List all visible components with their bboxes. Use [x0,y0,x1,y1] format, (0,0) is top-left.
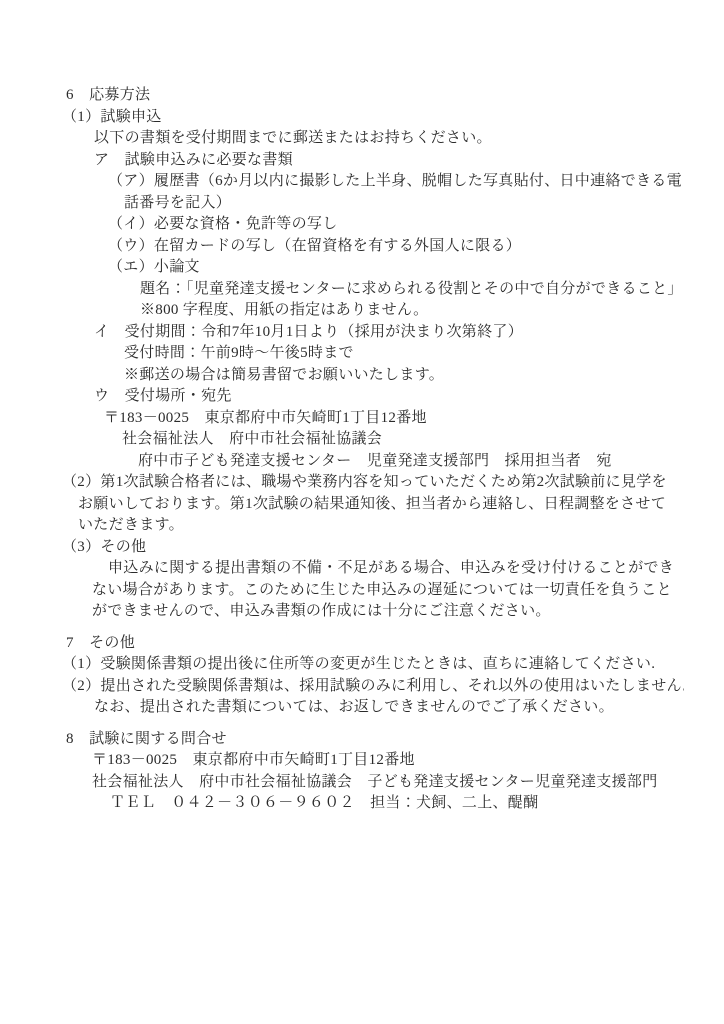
text-line: 〒183－0025 東京都府中市矢崎町1丁目12番地 [62,408,684,430]
text-line: （ア）履歴書（6か月以内に撮影した上半身、脱帽した写真貼付、日中連絡できる電 [62,171,684,193]
text-line: （エ）小論文 [62,257,684,279]
text-line: ＴＥＬ ０４２－３０６－９６０２ 担当：犬飼、二上、醍醐 [62,793,684,815]
text-line: （1）試験申込 [62,107,684,129]
text-line: 社会福祉法人 府中市社会福祉協議会 子ども発達支援センター児童発達支援部門 [62,772,684,794]
section-8: 8 試験に関する問合せ〒183－0025 東京都府中市矢崎町1丁目12番地社会福… [62,729,684,815]
text-line: ア 試験申込みに必要な書類 [62,150,684,172]
text-line: 社会福祉法人 府中市社会福祉協議会 [62,429,684,451]
text-line: （ウ）在留カードの写し（在留資格を有する外国人に限る） [62,236,684,258]
text-line: ※郵送の場合は簡易書留でお願いいたします。 [62,365,684,387]
text-line: ※800 字程度、用紙の指定はありません。 [62,300,684,322]
text-line: 7 その他 [62,633,684,655]
section-7: 7 その他（1）受験関係書類の提出後に住所等の変更が生じたときは、直ちに連絡して… [62,633,684,719]
text-line: 府中市子ども発達支援センター 児童発達支援部門 採用担当者 宛 [62,451,684,473]
text-line: ウ 受付場所・宛先 [62,386,684,408]
text-line: ない場合があります。このために生じた申込みの遅延については一切責任を負うこと [62,580,684,602]
text-line: （1）受験関係書類の提出後に住所等の変更が生じたときは、直ちに連絡してください. [62,654,684,676]
text-line: 申込みに関する提出書類の不備・不足がある場合、申込みを受け付けることができ [62,558,684,580]
text-line: 8 試験に関する問合せ [62,729,684,751]
text-line: （2）提出された受験関係書類は、採用試験のみに利用し、それ以外の使用はいたしませ… [62,676,684,698]
text-line: イ 受付期間：令和7年10月1日より（採用が決まり次第終了） [62,322,684,344]
document-content: 6 応募方法（1）試験申込以下の書類を受付期間までに郵送またはお持ちください。ア… [62,85,684,815]
text-line: 以下の書類を受付期間までに郵送またはお持ちください。 [62,128,684,150]
text-line: （2）第1次試験合格者には、職場や業務内容を知っていただくため第2次試験前に見学… [62,472,684,494]
text-line: 6 応募方法 [62,85,684,107]
text-line: 受付時間：午前9時～午後5時まで [62,343,684,365]
text-line: なお、提出された書類については、お返しできませんのでご了承ください。 [62,697,684,719]
text-line: お願いしております。第1次試験の結果通知後、担当者から連絡し、日程調整をさせて [62,494,684,516]
text-line: 話番号を記入） [62,193,684,215]
document-page: 6 応募方法（1）試験申込以下の書類を受付期間までに郵送またはお持ちください。ア… [0,0,724,1024]
text-line: 〒183－0025 東京都府中市矢崎町1丁目12番地 [62,750,684,772]
text-line: （イ）必要な資格・免許等の写し [62,214,684,236]
text-line: いただきます。 [62,515,684,537]
text-line: （3）その他 [62,537,684,559]
text-line: 題名：「児童発達支援センターに求められる役割とその中で自分ができること」 [62,279,684,301]
text-line: ができませんので、申込み書類の作成には十分にご注意ください。 [62,601,684,623]
section-6: 6 応募方法（1）試験申込以下の書類を受付期間までに郵送またはお持ちください。ア… [62,85,684,623]
